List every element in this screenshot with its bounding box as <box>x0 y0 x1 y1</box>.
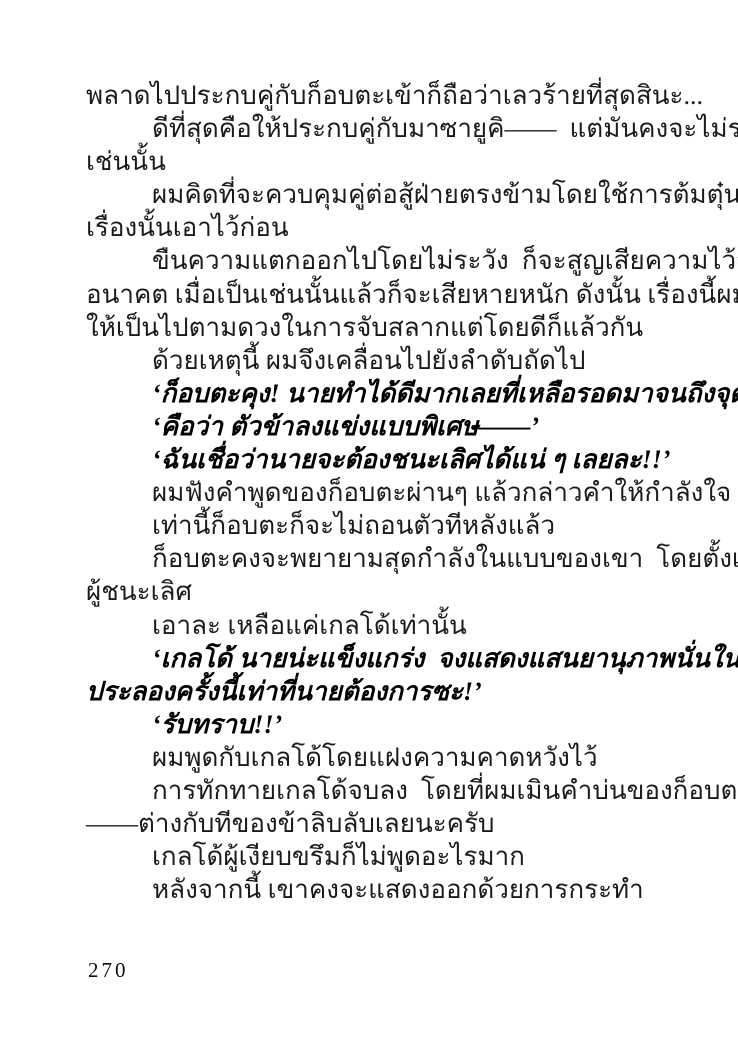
quote-line: ‘เกลโด้ นายน่ะแข็งแกร่ง จงแสดงแสนยานุภาพ… <box>86 642 664 675</box>
body-line: การทักทายเกลโด้จบลง โดยที่ผมเมินคำบ่นของ… <box>86 774 664 807</box>
quote-line: ‘ก็อบตะคุง! นายทำได้ดีมากเลยที่เหลือรอดม… <box>86 377 664 410</box>
book-page: พลาดไปประกบคู่กับก็อบตะเข้าก็ถือว่าเลวร้… <box>0 0 738 1051</box>
text-block: พลาดไปประกบคู่กับก็อบตะเข้าก็ถือว่าเลวร้… <box>86 79 664 906</box>
quote-line: ‘ฉันเชื่อว่านายจะต้องชนะเลิศได้แน่ ๆ เลย… <box>86 443 664 476</box>
body-line: อนาคต เมื่อเป็นเช่นนั้นแล้วก็จะเสียหายหน… <box>86 278 664 311</box>
body-line: เกลโด้ผู้เงียบขรึมก็ไม่พูดอะไรมาก <box>86 840 664 873</box>
body-line: ผมฟังคำพูดของก็อบตะผ่านๆ แล้วกล่าวคำให้ก… <box>86 476 664 509</box>
body-line: ด้วยเหตุนี้ ผมจึงเคลื่อนไปยังลำดับถัดไป <box>86 344 664 377</box>
body-line: เท่านี้ก็อบตะก็จะไม่ถอนตัวทีหลังแล้ว <box>86 509 664 542</box>
body-line: ผมพูดกับเกลโด้โดยแฝงความคาดหวังไว้ <box>86 741 664 774</box>
body-line: ให้เป็นไปตามดวงในการจับสลากแต่โดยดีก็แล้… <box>86 311 664 344</box>
quote-line: ‘คือว่า ตัวข้าลงแข่งแบบพิเศษ——’ <box>86 410 664 443</box>
body-line: พลาดไปประกบคู่กับก็อบตะเข้าก็ถือว่าเลวร้… <box>86 79 664 112</box>
body-line: ดีที่สุดคือให้ประกบคู่กับมาซายูคิ—— แต่ม… <box>86 112 664 145</box>
body-line: เอาละ เหลือแค่เกลโด้เท่านั้น <box>86 609 664 642</box>
body-line: ผู้ชนะเลิศ <box>86 575 664 608</box>
body-line: เรื่องนั้นเอาไว้ก่อน <box>86 211 664 244</box>
body-line: หลังจากนี้ เขาคงจะแสดงออกด้วยการกระทำ <box>86 873 664 906</box>
body-line: ก็อบตะคงจะพยายามสุดกำลังในแบบของเขา โดยต… <box>86 542 664 575</box>
page-number: 270 <box>88 958 129 983</box>
quote-line: ประลองครั้งนี้เท่าที่นายต้องการซะ!’ <box>86 675 664 708</box>
body-line: ——ต่างกับทีของข้าลิบลับเลยนะครับ <box>86 807 664 840</box>
quote-line: ‘รับทราบ!!’ <box>86 708 664 741</box>
body-line: ผมคิดที่จะควบคุมคู่ต่อสู้ฝ่ายตรงข้ามโดยใ… <box>86 178 664 211</box>
body-line: เช่นนั้น <box>86 145 664 178</box>
body-line: ขืนความแตกออกไปโดยไม่ระวัง ก็จะสูญเสียคว… <box>86 244 664 277</box>
